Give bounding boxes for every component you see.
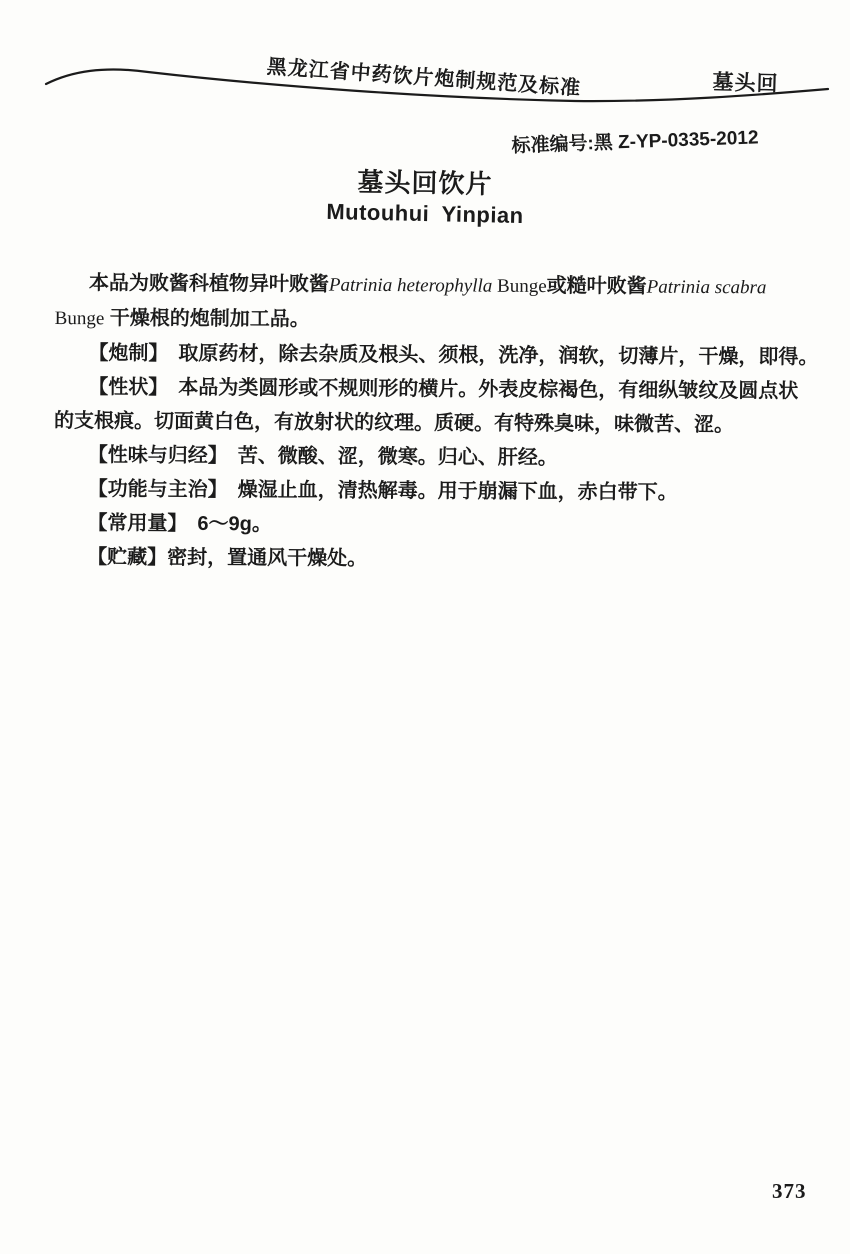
page-title-pinyin: Mutouhui Yinpian	[285, 198, 565, 230]
page-number: 373	[772, 1179, 807, 1204]
running-head-section-label: 墓头回	[712, 66, 779, 98]
text-segment: 的支根痕。切面黄白色，有放射状的纹理。质硬。有特殊臭味，味微苦、涩。	[54, 410, 734, 436]
text-segment: 本品为类圆形或不规则形的横片。外表皮棕褐色，有细纵皱纹及圆点状	[158, 377, 798, 403]
body-text: 本品为败酱科植物异叶败酱Patrinia heterophylla Bunge或…	[53, 266, 820, 579]
text-segment: Bunge	[492, 276, 546, 297]
body-line: 【炮制】 取原药材，除去杂质及根头、须根，洗净，润软，切薄片，干燥，即得。	[54, 336, 819, 375]
text-segment: 取原药材，除去杂质及根头、须根，洗净，润软，切薄片，干燥，即得。	[158, 343, 818, 369]
body-line: 【贮藏】密封，置通风干燥处。	[53, 540, 818, 579]
section-label: 【性味与归经】	[88, 444, 218, 467]
section-label: 【炮制】	[88, 342, 158, 364]
text-segment: 6～9g。	[177, 513, 272, 536]
document-page: 黑龙江省中药饮片炮制规范及标准 墓头回 标准编号:黑 Z-YP-0335-201…	[0, 0, 850, 1254]
text-segment: 或糙叶败酱	[547, 275, 647, 298]
text-segment: Bunge	[55, 308, 105, 329]
page-title: 墓头回饮片	[285, 161, 565, 202]
text-segment: 燥湿止血，清热解毒。用于崩漏下血，赤白带下。	[218, 479, 678, 504]
text-segment: 干燥根的炮制加工品。	[104, 307, 310, 330]
section-label: 【常用量】	[87, 512, 177, 535]
body-line: 【性状】 本品为类圆形或不规则形的横片。外表皮棕褐色，有细纵皱纹及圆点状	[54, 370, 819, 409]
body-line: 本品为败酱科植物异叶败酱Patrinia heterophylla Bunge或…	[55, 266, 820, 306]
body-line: Bunge 干燥根的炮制加工品。	[55, 301, 820, 341]
section-label: 【贮藏】	[87, 546, 167, 568]
body-line: 【性味与归经】 苦、微酸、涩，微寒。归心、肝经。	[54, 438, 819, 477]
section-label: 【功能与主治】	[88, 478, 218, 501]
body-line: 【功能与主治】 燥湿止血，清热解毒。用于崩漏下血，赤白带下。	[54, 472, 819, 511]
text-segment: 密封，置通风干燥处。	[167, 547, 367, 570]
standard-number: 标准编号:黑 Z-YP-0335-2012	[511, 122, 759, 158]
section-label: 【性状】	[88, 376, 158, 398]
text-segment: Patrinia scabra	[647, 277, 767, 299]
body-line: 的支根痕。切面黄白色，有放射状的纹理。质硬。有特殊臭味，味微苦、涩。	[54, 404, 819, 443]
text-segment: 本品为败酱科植物异叶败酱	[89, 272, 329, 295]
text-segment: 苦、微酸、涩，微寒。归心、肝经。	[218, 445, 558, 469]
text-segment: Patrinia heterophylla	[329, 275, 493, 297]
body-line: 【常用量】 6～9g。	[53, 506, 818, 545]
running-head-book-title: 黑龙江省中药饮片炮制规范及标准	[266, 50, 582, 101]
